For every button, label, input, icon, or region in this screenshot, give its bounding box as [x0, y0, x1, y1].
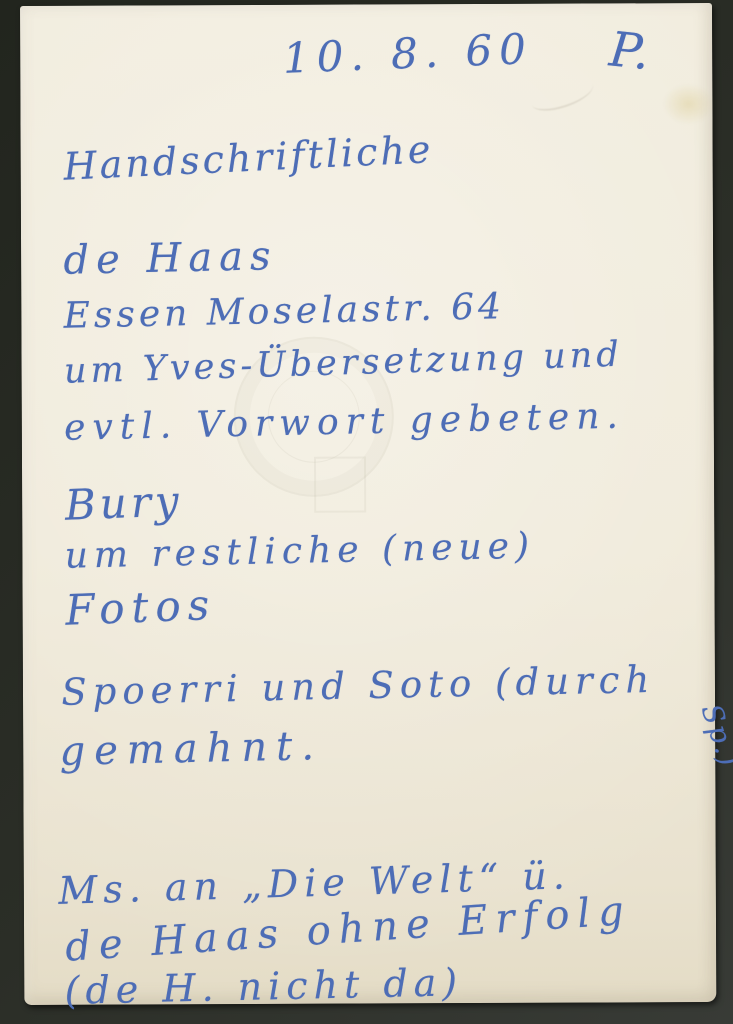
line-gemahnt: gemahnt.	[59, 726, 323, 772]
faint-pencil-mark	[528, 74, 596, 115]
line-de-haas-name: de Haas	[63, 236, 278, 281]
margin-note-sp: Sp.)	[696, 701, 733, 771]
paper-stain	[662, 83, 714, 125]
date: 10. 8. 60	[282, 28, 533, 80]
line-yves-request: um Yves-Übersetzung und	[64, 338, 624, 390]
line-spoerri-soto: Spoerri und Soto (durch	[61, 661, 656, 711]
line-de-haas-address: Essen Moselastr. 64	[63, 289, 505, 335]
line-bury-name: Bury	[64, 480, 183, 527]
heading-handschriftliche: Handschriftliche	[63, 130, 434, 186]
note-paper: 10. 8. 60 P. Handschriftliche de Haas Es…	[20, 3, 716, 1005]
embossed-stamp-watermark	[314, 456, 366, 512]
line-bury-request: um restliche (neue)	[64, 529, 535, 575]
line-vorwort-request: evtl. Vorwort gebeten.	[64, 399, 625, 447]
line-bury-fotos: Fotos	[65, 584, 217, 632]
author-initial: P.	[607, 25, 653, 77]
line-nicht-da: (de H. nicht da)	[64, 963, 463, 1010]
